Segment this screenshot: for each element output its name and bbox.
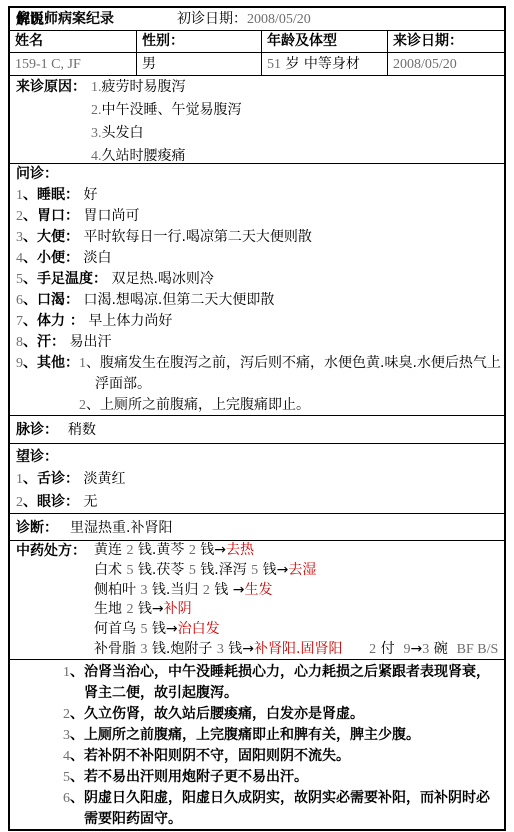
reason-item-1: 1.疲劳时易腹泻 <box>91 76 498 99</box>
inspection-item-eyes: 2、眼诊： 无 <box>16 491 498 514</box>
inquiry-item-other-1-cont: 浮面部。 <box>16 374 498 395</box>
patient-visit-date: 2008/05/20 <box>393 57 457 72</box>
col-header-age-body: 年龄及体型 <box>262 31 388 52</box>
inquiry-section: 问诊： 1、睡眠： 好 2、胃口： 胃口尚可 3、大便： 平时软每日一行.喝凉第… <box>10 164 504 416</box>
rx-line-4: 生地 2 钱→补阴 <box>94 600 498 620</box>
diagnosis-value: 里湿热重.补肾阳 <box>70 520 172 536</box>
inspection-label: 望诊： <box>16 446 498 468</box>
first-visit-date-label: 初诊日期： <box>177 11 247 27</box>
inquiry-item-other-1: 9、其他：1、腹痛发生在腹泻之前，泻后则不痛，水便色黄.味臭.水便后热气上 <box>16 353 498 374</box>
pulse-label: 脉诊： <box>16 422 58 438</box>
inspection-item-tongue: 1、舌诊： 淡黄红 <box>16 468 498 491</box>
explanation-section: 解说： 1、治肾当治心，中午没睡耗损心力，心力耗损之后紧跟者表现肾衰， 肾主二便… <box>10 660 504 829</box>
inquiry-item-energy: 7、体力 ： 早上体力尚好 <box>16 311 498 332</box>
diagnosis-label: 诊断： <box>16 520 58 536</box>
patient-id: 159-1 C, JF <box>15 57 81 72</box>
title-row: 倪医师病案纪录初诊日期：2008/05/20 <box>10 8 504 31</box>
patient-age-body: 51 岁 中等身材 <box>262 53 388 75</box>
reason-section: 来诊原因： 1.疲劳时易腹泻 2.中午没睡、午觉易腹泻 3.头发白 4.久站时腰… <box>10 76 504 164</box>
explanation-list: 1、治肾当治心，中午没睡耗损心力，心力耗损之后紧跟者表现肾衰， 肾主二便，故引起… <box>63 662 498 829</box>
patient-gender: 男 <box>137 53 262 75</box>
inquiry-item-thirst: 6、口渴： 口渴.想喝凉.但第二天大便即散 <box>16 290 498 311</box>
reason-item-2: 2.中午没睡、午觉易腹泻 <box>91 99 498 122</box>
inquiry-label: 问诊： <box>16 164 498 185</box>
explain-item-4: 4、若补阴不补阳则阴不守，固阳则阴不流失。 <box>63 746 498 767</box>
inquiry-item-sweat: 8、汗： 易出汗 <box>16 332 498 353</box>
prescription-section: 中药处方： 黄连 2 钱.黄芩 2 钱→去热 白术 5 钱.茯苓 5 钱.泽泻 … <box>10 541 504 660</box>
pulse-section: 脉诊：稍数 <box>10 416 504 444</box>
explain-item-5: 5、若不易出汗则用炮附子更不易出汗。 <box>63 767 498 788</box>
col-header-name: 姓名 <box>10 31 137 52</box>
first-visit-date-value: 2008/05/20 <box>247 12 311 27</box>
prescription-label: 中药处方： <box>16 542 86 562</box>
reason-list: 1.疲劳时易腹泻 2.中午没睡、午觉易腹泻 3.头发白 4.久站时腰痠痛 <box>91 76 498 164</box>
inquiry-item-limbs: 5、手足温度： 双足热.喝冰则冷 <box>16 269 498 290</box>
explain-item-3: 3、上厕所之前腹痛，上完腹痛即止和脾有关，脾主少腹。 <box>63 725 498 746</box>
inquiry-item-stool: 3、大便： 平时软每日一行.喝凉第二天大便则散 <box>16 227 498 248</box>
prescription-list: 黄连 2 钱.黄芩 2 钱→去热 白术 5 钱.茯苓 5 钱.泽泻 5 钱→去湿… <box>94 541 498 660</box>
patient-value-row: 159-1 C, JF 男 51 岁 中等身材 2008/05/20 <box>10 53 504 76</box>
inquiry-item-other-2: 2、上厕所之前腹痛，上完腹痛即止。 <box>16 395 498 416</box>
rx-line-2: 白术 5 钱.茯苓 5 钱.泽泻 5 钱→去湿 <box>94 561 498 581</box>
explain-item-2: 2、久立伤肾，故久站后腰痠痛，白发亦是肾虚。 <box>63 704 498 725</box>
explain-item-6: 6、阴虚日久阳虚，阳虚日久成阴实，故阴实必需要补阳，而补阴时必 <box>63 788 498 809</box>
inquiry-item-appetite: 2、胃口： 胃口尚可 <box>16 206 498 227</box>
rx-line-3: 侧柏叶 3 钱.当归 2 钱 →生发 <box>94 581 498 601</box>
col-header-visit-date: 来诊日期： <box>388 31 504 52</box>
reason-item-3: 3.头发白 <box>91 122 498 145</box>
explain-item-6-cont: 需要阳药固守。 <box>63 809 498 829</box>
inspection-section: 望诊： 1、舌诊： 淡黄红 2、眼诊： 无 <box>10 444 504 514</box>
diagnosis-section: 诊断：里湿热重.补肾阳 <box>10 514 504 541</box>
inquiry-item-sleep: 1、睡眠： 好 <box>16 185 498 206</box>
reason-item-4: 4.久站时腰痠痛 <box>91 145 498 164</box>
rx-line-1: 黄连 2 钱.黄芩 2 钱→去热 <box>94 541 498 561</box>
rx-line-5: 何首乌 5 钱→治白发 <box>94 620 498 640</box>
explain-item-1: 1、治肾当治心，中午没睡耗损心力，心力耗损之后紧跟者表现肾衰， <box>63 662 498 683</box>
col-header-gender: 性别： <box>137 31 262 52</box>
case-record-table: 倪医师病案纪录初诊日期：2008/05/20 姓名 性别： 年龄及体型 来诊日期… <box>8 6 506 831</box>
reason-label: 来诊原因： <box>16 76 86 98</box>
inquiry-item-urine: 4、小便： 淡白 <box>16 248 498 269</box>
pulse-value: 稍数 <box>68 422 96 438</box>
patient-header-row: 姓名 性别： 年龄及体型 来诊日期： <box>10 31 504 53</box>
explain-item-1-cont: 肾主二便，故引起腹泻。 <box>63 683 498 704</box>
rx-line-6: 补骨脂 3 钱.炮附子 3 钱→补肾阳.固肾阳 2 付 9→3 碗 BF B/S <box>94 640 498 660</box>
